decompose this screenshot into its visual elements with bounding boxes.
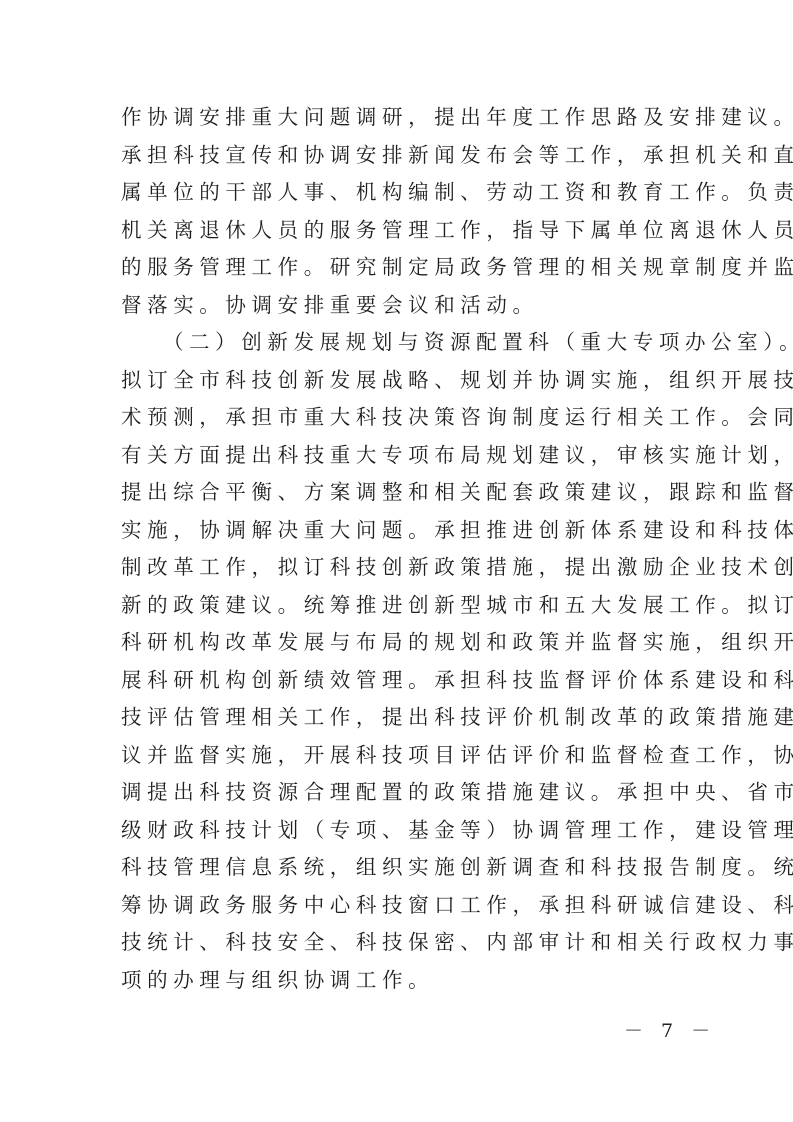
text-line: 新的政策建议。统筹推进创新型城市和五大发展工作。拟订 <box>121 591 681 629</box>
document-body: 作协调安排重大问题调研，提出年度工作思路及安排建议。 承担科技宣传和协调安排新闻… <box>121 103 681 1003</box>
text-line: 科研机构改革发展与布局的规划和政策并监督实施，组织开 <box>121 628 681 666</box>
text-line: 级财政科技计划（专项、基金等）协调管理工作，建设管理 <box>121 816 681 854</box>
text-line: 调提出科技资源合理配置的政策措施建议。承担中央、省市 <box>121 778 681 816</box>
text-line: 有关方面提出科技重大专项布局规划建议，审核实施计划， <box>121 441 681 479</box>
text-line: 提出综合平衡、方案调整和相关配套政策建议，跟踪和监督 <box>121 478 681 516</box>
text-line: 机关离退休人员的服务管理工作，指导下属单位离退休人员 <box>121 216 681 254</box>
text-line: 作协调安排重大问题调研，提出年度工作思路及安排建议。 <box>121 103 681 141</box>
page-number: － 7 － <box>624 1016 716 1043</box>
text-line: 督落实。协调安排重要会议和活动。 <box>121 291 681 329</box>
text-line: 技评估管理相关工作，提出科技评价机制改革的政策措施建 <box>121 703 681 741</box>
text-line: 拟订全市科技创新发展战略、规划并协调实施，组织开展技 <box>121 366 681 404</box>
text-line: 议并监督实施，开展科技项目评估评价和监督检查工作，协 <box>121 741 681 779</box>
text-line: 展科研机构创新绩效管理。承担科技监督评价体系建设和科 <box>121 666 681 704</box>
text-line: 的服务管理工作。研究制定局政务管理的相关规章制度并监 <box>121 253 681 291</box>
text-line: 技统计、科技安全、科技保密、内部审计和相关行政权力事 <box>121 928 681 966</box>
text-line: 制改革工作，拟订科技创新政策措施，提出激励企业技术创 <box>121 553 681 591</box>
text-line: 项的办理与组织协调工作。 <box>121 966 681 1004</box>
text-line: 术预测，承担市重大科技决策咨询制度运行相关工作。会同 <box>121 403 681 441</box>
text-line: 属单位的干部人事、机构编制、劳动工资和教育工作。负责 <box>121 178 681 216</box>
text-line: 科技管理信息系统，组织实施创新调查和科技报告制度。统 <box>121 853 681 891</box>
section-heading-line: （二）创新发展规划与资源配置科（重大专项办公室）。 <box>121 328 681 366</box>
text-line: 筹协调政务服务中心科技窗口工作，承担科研诚信建设、科 <box>121 891 681 929</box>
text-line: 承担科技宣传和协调安排新闻发布会等工作，承担机关和直 <box>121 141 681 179</box>
text-line: 实施，协调解决重大问题。承担推进创新体系建设和科技体 <box>121 516 681 554</box>
document-page: 作协调安排重大问题调研，提出年度工作思路及安排建议。 承担科技宣传和协调安排新闻… <box>0 0 793 1122</box>
